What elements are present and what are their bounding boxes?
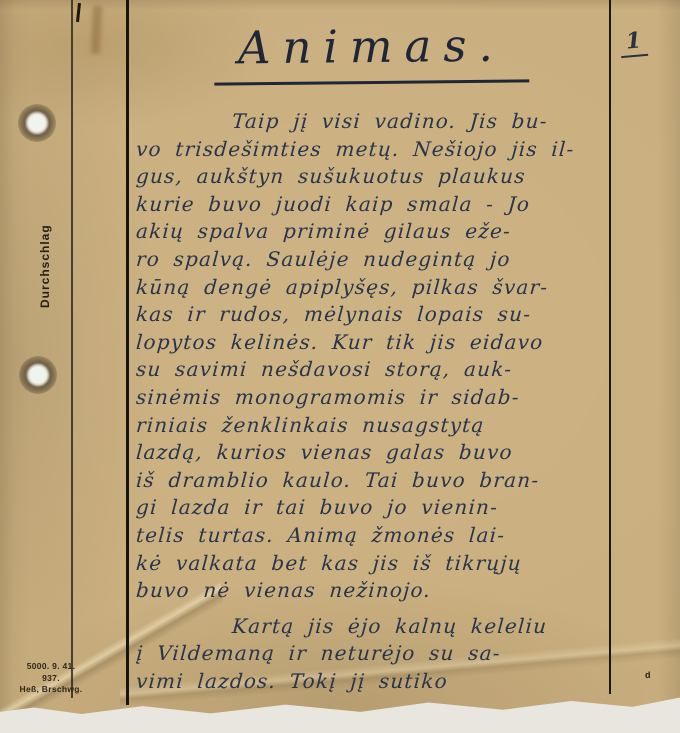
handwriting-line: gus, aukštyn sušukuotus plaukus bbox=[135, 163, 619, 191]
handwriting-line: akių spalva priminė gilaus eže- bbox=[135, 218, 619, 246]
punch-hole-bottom bbox=[19, 356, 57, 394]
handwriting-line: sinėmis monogramomis ir sidab- bbox=[135, 384, 619, 412]
handwriting-line: į Vildemaną ir neturėjo su sa- bbox=[135, 640, 619, 668]
margin-rule-thick bbox=[126, 0, 129, 705]
page-number: 1 bbox=[619, 27, 649, 58]
handwriting-line: kurie buvo juodi kaip smala - Jo bbox=[135, 191, 619, 219]
paper-sheet: Durchschlag 5000. 9. 41. 937. Heß, Brsch… bbox=[0, 0, 680, 722]
handwriting-line: telis turtas. Animą žmonės lai- bbox=[135, 522, 619, 550]
handwriting-line: vo trisdešimties metų. Nešiojo jis il- bbox=[135, 136, 619, 164]
punch-hole-top bbox=[18, 104, 56, 142]
handwriting-line: buvo nė vienas nežinojo. bbox=[135, 577, 619, 605]
ink-smudge bbox=[91, 6, 102, 54]
handwriting-line: kas ir rudos, mėlynais lopais su- bbox=[135, 301, 619, 329]
handwriting-line: gi lazda ir tai buvo jo vienin- bbox=[135, 494, 619, 522]
binding-tick-mark bbox=[76, 3, 81, 22]
page-title-wrap: Animas. bbox=[133, 20, 609, 84]
handwriting-line: Kartą jis ėjo kalnų keleliu bbox=[135, 613, 619, 641]
handwriting-line: lazdą, kurios vienas galas buvo bbox=[135, 439, 619, 467]
handwriting-line: ro spalvą. Saulėje nudegintą jo bbox=[135, 246, 619, 274]
margin-rule-thin bbox=[71, 0, 73, 698]
handwriting-line: kūną dengė apiplyšęs, pilkas švar- bbox=[135, 274, 619, 302]
handwriting-line: iš dramblio kaulo. Tai buvo bran- bbox=[135, 467, 619, 495]
durchschlag-stamp: Durchschlag bbox=[38, 182, 52, 308]
handwriting-line: riniais ženklinkais nusagstytą bbox=[135, 412, 619, 440]
printer-mark-block: 5000. 9. 41. 937. Heß, Brschwg. bbox=[12, 661, 90, 696]
printer-mark-line: Heß, Brschwg. bbox=[12, 684, 90, 696]
handwritten-body: Taip jį visi vadino. Jis bu- vo trisdeši… bbox=[136, 108, 618, 695]
handwriting-line: lopytos kelinės. Kur tik jis eidavo bbox=[135, 329, 619, 357]
handwriting-line: su savimi nešdavosi storą, auk- bbox=[135, 356, 619, 384]
handwriting-line: Taip jį visi vadino. Jis bu- bbox=[135, 108, 619, 136]
scanned-page: Durchschlag 5000. 9. 41. 937. Heß, Brsch… bbox=[0, 0, 680, 733]
printer-mark-line: 937. bbox=[12, 673, 90, 685]
handwriting-line: kė valkata bet kas jis iš tikrųjų bbox=[135, 550, 619, 578]
handwriting-line: vimi lazdos. Tokį jį sutiko bbox=[135, 668, 619, 696]
printer-mark-line: 5000. 9. 41. bbox=[12, 661, 90, 673]
corner-letter-mark: d bbox=[645, 670, 651, 680]
page-title: Animas. bbox=[213, 18, 528, 85]
